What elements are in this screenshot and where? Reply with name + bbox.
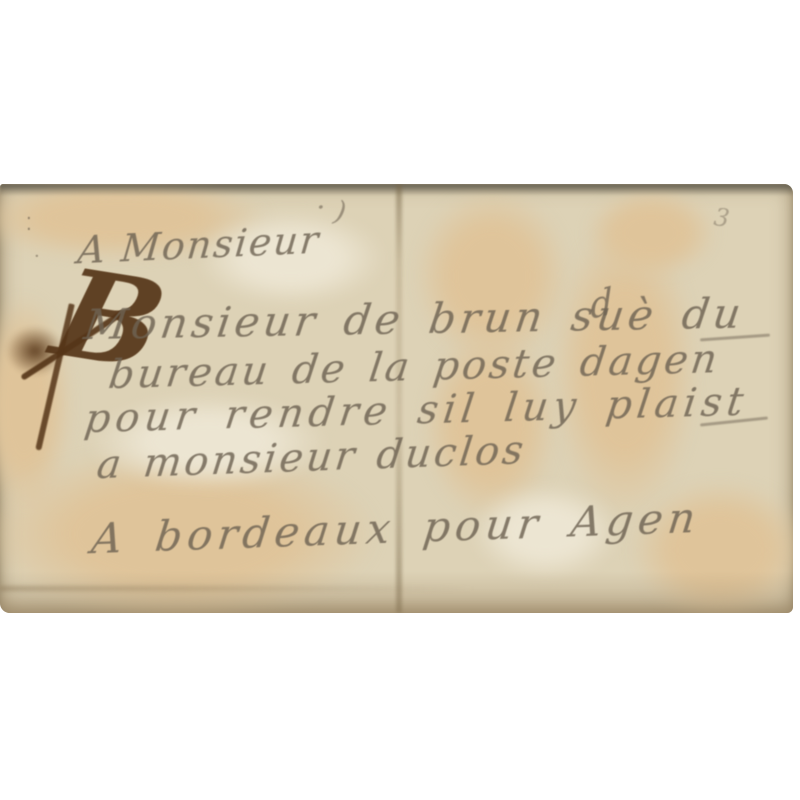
ink-smudge xyxy=(6,326,64,376)
rate-mark-number: 3 xyxy=(712,203,731,233)
ink-speck: ⁚ xyxy=(26,214,32,235)
letter-photo: B 3 ·) ⁚ · d A Monsieur Monsieur de brun… xyxy=(0,0,800,800)
paper-bottom-edge-shadow xyxy=(0,571,793,613)
address-line-1: A Monsieur xyxy=(76,217,323,272)
water-stain xyxy=(586,188,716,278)
letter-paper: B 3 ·) ⁚ · d A Monsieur Monsieur de brun… xyxy=(0,184,793,613)
ink-speck: · xyxy=(34,246,40,267)
